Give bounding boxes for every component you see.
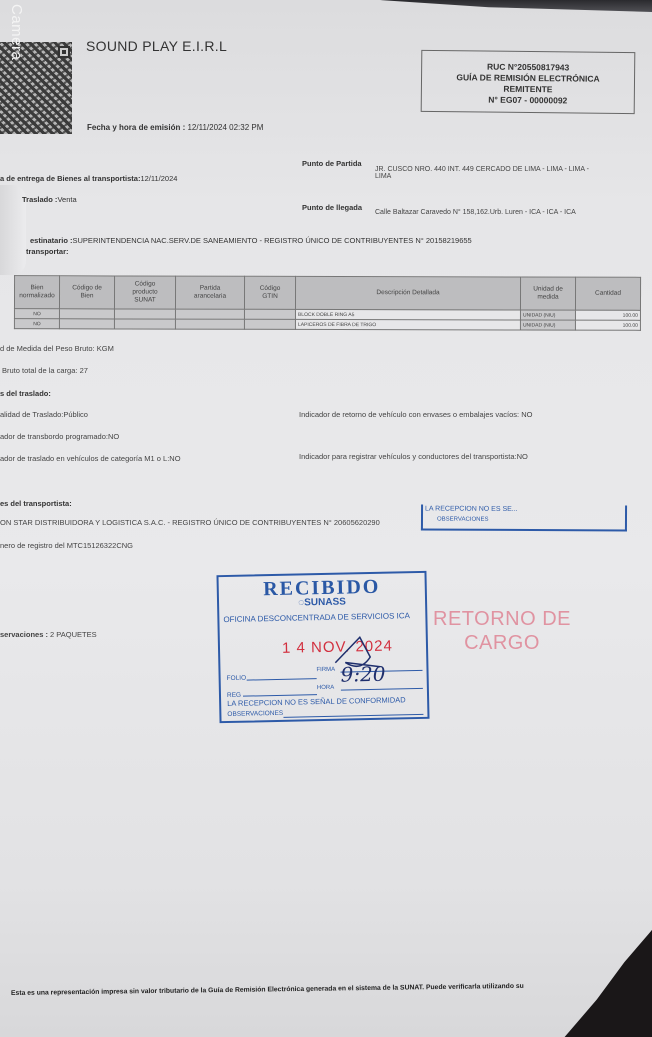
camera-overlay-label: Camera <box>8 4 25 60</box>
cell-gtin <box>244 309 295 319</box>
recipient: estinatario :SUPERINTENDENCIA NAC.SERV.D… <box>30 236 472 245</box>
stamp-observations-label: OBSERVACIONES <box>227 710 283 718</box>
transfer-section-title: s del traslado: <box>0 389 51 398</box>
col-partida: Partidaarancelaria <box>175 276 244 309</box>
carrier-section-title: es del transportista: <box>0 499 72 508</box>
ruc-box: RUC N°20550817943 GUÍA DE REMISIÓN ELECT… <box>421 50 636 114</box>
return-cargo-stamp: RETORNO DE CARGO <box>432 607 572 655</box>
col-codigo-bien: Código deBien <box>59 276 114 309</box>
col-codigo-sunat: CódigoproductoSUNAT <box>114 276 175 309</box>
goods-label: transportar: <box>26 247 69 256</box>
stamp-notice: LA RECEPCION NO ES SEÑAL DE CONFORMIDAD <box>227 695 406 708</box>
destination-value: Calle Baltazar Caravedo N° 158,162.Urb. … <box>375 209 576 216</box>
return-stamp-line2: CARGO <box>432 631 572 655</box>
emission-value: 12/11/2024 02:32 PM <box>187 123 263 132</box>
origin-value: JR. CUSCO NRO. 440 INT. 449 CERCADO DE L… <box>375 166 589 180</box>
transfer-reason-label: Traslado : <box>22 195 57 204</box>
received-stamp: RECIBIDO ◌SUNASS OFICINA DESCONCENTRADA … <box>216 571 429 723</box>
partial-reception-stamp: LA RECEPCION NO ES SE... OBSERVACIONES <box>421 504 627 531</box>
stamp-folio-label: FOLIO <box>227 675 247 682</box>
cell-partida <box>175 309 244 319</box>
cell-unidad: UNIDAD (NIU) <box>520 320 575 330</box>
col-cantidad: Cantidad <box>575 277 640 310</box>
company-name: SOUND PLAY E.I.R.L <box>86 38 227 54</box>
cell-codigo-sunat <box>114 319 175 329</box>
cell-descripcion: LAPICEROS DE FIBRA DE TRIGO <box>295 319 520 330</box>
origin-label: Punto de Partida <box>302 159 362 168</box>
observations-label: servaciones : <box>0 630 48 639</box>
delivery-date-label: a de entrega de Bienes al transportista: <box>0 174 140 183</box>
cell-cantidad: 100.00 <box>575 310 640 320</box>
partial-stamp-line1: LA RECEPCION NO ES SE... <box>425 505 518 512</box>
cell-normalizado: NO <box>14 309 59 319</box>
observations: servaciones : 2 PAQUETES <box>0 630 97 639</box>
return-stamp-line1: RETORNO DE <box>432 607 572 631</box>
col-gtin: CódigoGTIN <box>244 276 295 309</box>
transfer-modality: alidad de Traslado:Público <box>0 410 88 419</box>
cell-partida <box>175 319 244 329</box>
delivery-date: a de entrega de Bienes al transportista:… <box>0 174 177 183</box>
cell-cantidad: 100.00 <box>575 320 640 330</box>
register-indicator: Indicador para registrar vehículos y con… <box>299 452 528 461</box>
cell-descripcion: BLOCK DOBLE RING A5 <box>295 309 520 320</box>
stamp-hora-label: HORA <box>317 685 334 691</box>
observations-value: 2 PAQUETES <box>50 630 97 639</box>
document-number: N° EG07 - 00000092 <box>422 94 634 107</box>
carrier-mtc: nero de registro del MTC15126322CNG <box>0 541 133 550</box>
carrier-name: ON STAR DISTRIBUIDORA Y LOGISTICA S.A.C.… <box>0 518 380 527</box>
transfer-reason: Traslado :Venta <box>22 195 77 204</box>
table-row: NO LAPICEROS DE FIBRA DE TRIGO UNIDAD (N… <box>14 319 640 331</box>
transshipment-indicator: ador de transbordo programado:NO <box>0 432 119 441</box>
qr-finder-pattern <box>58 46 70 58</box>
col-unidad: Unidad demedida <box>520 277 575 310</box>
col-normalizado: Biennormalizado <box>14 276 59 309</box>
return-indicator: Indicador de retorno de vehículo con env… <box>299 410 532 419</box>
destination-label: Punto de llegada <box>302 203 362 212</box>
recipient-label: estinatario : <box>30 236 73 245</box>
cell-unidad: UNIDAD (NIU) <box>520 310 575 320</box>
signature-icon <box>330 632 391 678</box>
weight-unit: d de Medida del Peso Bruto: KGM <box>0 344 114 353</box>
cell-codigo-sunat <box>114 309 175 319</box>
cell-codigo-bien <box>59 309 114 319</box>
cell-normalizado: NO <box>14 319 59 329</box>
transfer-reason-value: Venta <box>57 195 76 204</box>
table-header-row: Biennormalizado Código deBien Códigoprod… <box>14 276 640 311</box>
recipient-value: SUPERINTENDENCIA NAC.SERV.DE SANEAMIENTO… <box>73 236 472 245</box>
items-table: Biennormalizado Código deBien Códigoprod… <box>14 275 641 331</box>
delivery-date-value: 12/11/2024 <box>140 174 177 183</box>
cell-gtin <box>244 319 295 329</box>
weight-total: Bruto total de la carga: 27 <box>2 366 88 375</box>
emission-label: Fecha y hora de emisión : <box>87 123 185 132</box>
stamp-office: OFICINA DESCONCENTRADA DE SERVICIOS ICA <box>223 611 410 624</box>
emission-datetime: Fecha y hora de emisión : 12/11/2024 02:… <box>87 123 263 132</box>
partial-stamp-line2: OBSERVACIONES <box>437 517 488 523</box>
col-descripcion: Descripción Detallada <box>295 276 520 310</box>
cell-codigo-bien <box>59 319 114 329</box>
m1-category-indicator: ador de traslado en vehículos de categor… <box>0 454 181 463</box>
